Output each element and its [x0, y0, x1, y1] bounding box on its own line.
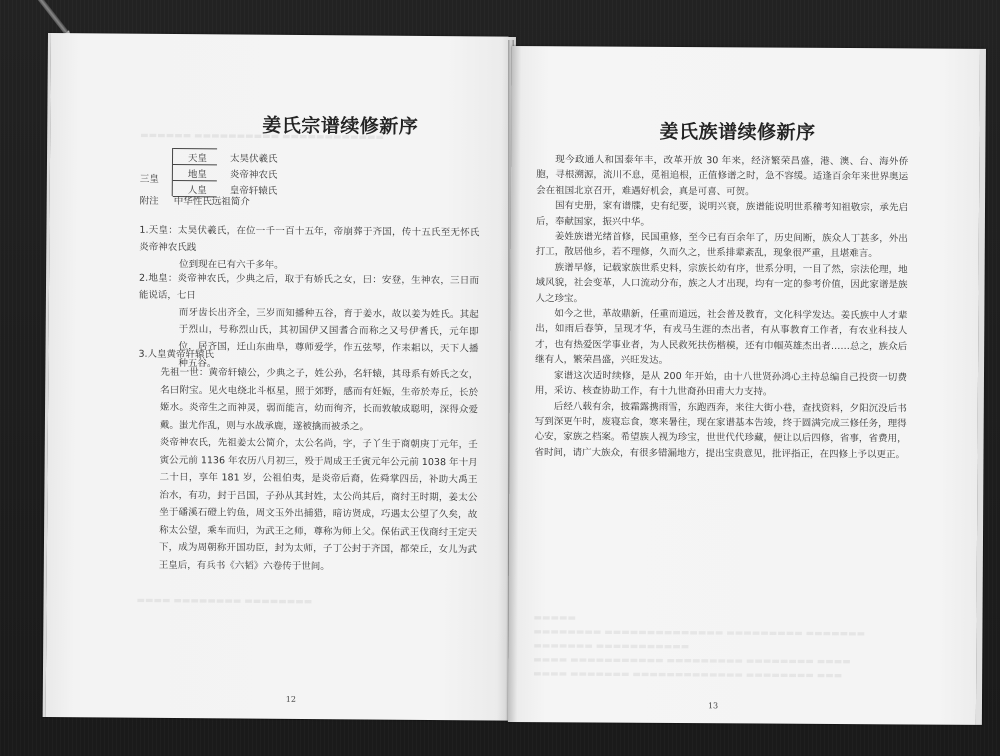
- san-huang-label: 三皇: [140, 171, 159, 185]
- paragraph: 先祖一世：黄帝轩辕公，少典之子，姓公孙，名轩辕，其母系有娇氏之女，名曰附宝。见火…: [138, 364, 479, 437]
- bleed-through-text: ▬▬▬▬▬▬▬▬▬▬▬▬▬ ▬▬▬▬▬▬▬▬▬▬▬▬▬▬ ▬▬▬▬▬▬▬▬▬ ▬…: [533, 611, 903, 683]
- entry-ren-huang: 3.人皇黄帝轩辕氏 先祖一世：黄帝轩辕公，少典之子，姓公孙，名轩辕，其母系有娇氏…: [137, 346, 479, 577]
- left-page: ▬▬▬▬▬▬ ▬▬▬▬▬▬▬▬▬▬ ▬▬▬▬▬▬▬▬▬▬▬▬ ▬▬▬▬ ▬▬▬▬…: [43, 33, 516, 721]
- page-number: 13: [708, 701, 718, 710]
- right-page: ▬▬▬▬▬▬▬▬▬▬▬▬▬ ▬▬▬▬▬▬▬▬▬▬▬▬▬▬ ▬▬▬▬▬▬▬▬▬ ▬…: [508, 46, 986, 725]
- paragraph: 如今之世，革故鼎新，任重而道远，社会普及教育，文化科学发达。姜氏族中人才辈出，如…: [535, 306, 907, 370]
- paragraph: 现今政通人和国泰年丰，改革开放 30 年来，经济繁荣昌盛，港、澳、台、海外侨胞，…: [536, 152, 908, 200]
- pen-body: [30, 0, 71, 37]
- page-title: 姜氏族谱续修新序: [659, 117, 815, 145]
- preface-body: 现今政通人和国泰年丰，改革开放 30 年来，经济繁荣昌盛，港、澳、台、海外侨胞，…: [534, 152, 908, 462]
- paragraph: 国有史册，家有谱牒，史有纪要，说明兴衰，族谱能说明世系稽考知祖敬宗，承先启后，奉…: [536, 198, 908, 231]
- bleed-through-text: ▬▬▬▬ ▬▬▬▬▬▬▬▬ ▬▬▬▬▬▬▬▬: [136, 594, 476, 611]
- paragraph: 族谱早修，记载家族世系史料，宗族长幼有序，世系分明，一目了然，宗法伦理，地域风貌…: [535, 260, 907, 308]
- paragraph: 姜姓族谱光绪首修，民国重修，至今已有百余年了，历史间断，族众人丁甚多，外出打工，…: [536, 229, 908, 262]
- entry-tian-huang: 1.天皇：太昊伏羲氏，在位一千一百十五年，帝崩葬于齐国，传十五氏至无怀氏炎帝神农…: [139, 222, 479, 276]
- paragraph: 家谱这次适时续修，是从 200 年开始，由十八世贤孙鸿心主持总编自己投资一切费用…: [535, 368, 907, 401]
- page-number: 12: [286, 695, 296, 704]
- appendix-note: 附注 中华性氏远祖简介: [140, 193, 250, 208]
- page-title: 姜氏宗谱续修新序: [262, 111, 418, 139]
- paragraph: 炎帝神农氏，先祖姜太公简介，太公名尚，字，子丫生于商朝庚丁元年，壬寅公元前 11…: [137, 434, 478, 577]
- paragraph: 后经八载有余，披霜露携雨雪，东跑西奔，来往大街小巷，查找资料，夕阳沉没后书写到深…: [534, 399, 906, 463]
